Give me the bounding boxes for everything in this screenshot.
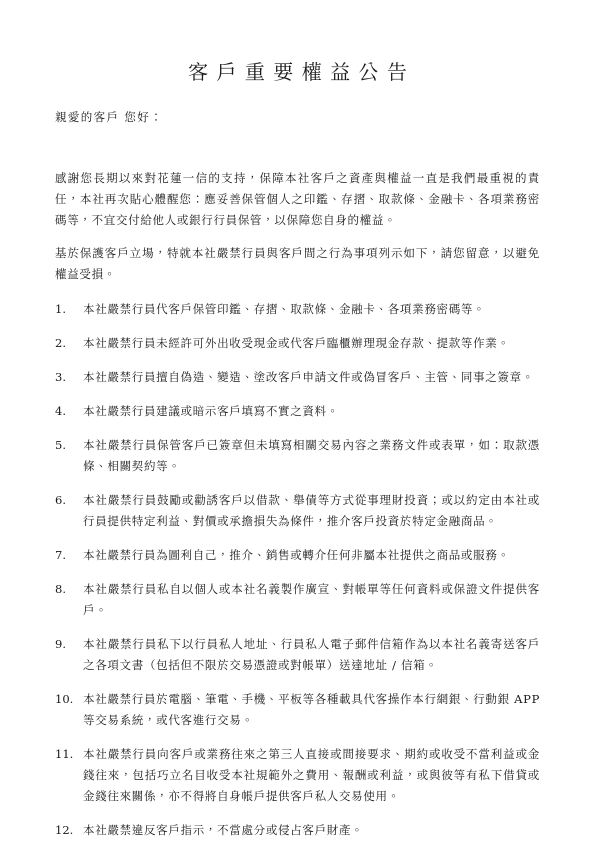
item-text: 本社嚴禁行員代客戶保管印鑑、存摺、取款條、金融卡、各項業務密碼等。 [83,299,540,320]
intro-paragraph: 感謝您長期以來對花蓮一信的支持，保障本社客戶之資產與權益一直是我們最重視的責任，… [55,168,540,231]
item-number: 8. [55,579,83,621]
list-item: 12. 本社嚴禁違反客戶指示，不當處分或侵占客戶財產。 [55,820,540,841]
list-item: 3. 本社嚴禁行員擅自偽造、變造、塗改客戶申請文件或偽冒客戶、主管、同事之簽章。 [55,367,540,388]
list-item: 4. 本社嚴禁行員建議或暗示客戶填寫不實之資料。 [55,401,540,422]
item-number: 7. [55,545,83,566]
item-number: 2. [55,333,83,354]
list-item: 1. 本社嚴禁行員代客戶保管印鑑、存摺、取款條、金融卡、各項業務密碼等。 [55,299,540,320]
item-text: 本社嚴禁行員於電腦、筆電、手機、平板等各種載具代客操作本行網銀、行動銀 APP … [83,689,540,731]
item-text: 本社嚴禁行員向客戶或業務往來之第三人直接或間接要求、期約或收受不當利益或金錢往來… [83,744,540,807]
item-number: 5. [55,435,83,477]
list-item: 2. 本社嚴禁行員未經許可外出收受現金或代客戶臨櫃辦理現金存款、提款等作業。 [55,333,540,354]
item-number: 3. [55,367,83,388]
prohibition-list: 1. 本社嚴禁行員代客戶保管印鑑、存摺、取款條、金融卡、各項業務密碼等。 2. … [55,299,540,841]
list-item: 8. 本社嚴禁行員私自以個人或本社名義製作廣宣、對帳單等任何資料或保證文件提供客… [55,579,540,621]
document-title: 客戶重要權益公告 [55,56,540,85]
list-item: 6. 本社嚴禁行員鼓勵或勸誘客戶以借款、舉債等方式從事理財投資；或以約定由本社或… [55,490,540,532]
item-text: 本社嚴禁行員為圖利自己，推介、銷售或轉介任何非屬本社提供之商品或服務。 [83,545,540,566]
item-text: 本社嚴禁行員鼓勵或勸誘客戶以借款、舉債等方式從事理財投資；或以約定由本社或行員提… [83,490,540,532]
greeting-line: 親愛的客戶 您好： [55,109,540,125]
item-number: 9. [55,634,83,676]
list-item: 11. 本社嚴禁行員向客戶或業務往來之第三人直接或間接要求、期約或收受不當利益或… [55,744,540,807]
item-number: 11. [55,744,83,807]
item-text: 本社嚴禁行員保管客戶已簽章但未填寫相關交易內容之業務文件或表單，如：取款憑條、相… [83,435,540,477]
item-number: 6. [55,490,83,532]
item-text: 本社嚴禁行員未經許可外出收受現金或代客戶臨櫃辦理現金存款、提款等作業。 [83,333,540,354]
item-number: 4. [55,401,83,422]
item-number: 12. [55,820,83,841]
item-text: 本社嚴禁違反客戶指示，不當處分或侵占客戶財產。 [83,820,540,841]
item-text: 本社嚴禁行員擅自偽造、變造、塗改客戶申請文件或偽冒客戶、主管、同事之簽章。 [83,367,540,388]
item-text: 本社嚴禁行員私自以個人或本社名義製作廣宣、對帳單等任何資料或保證文件提供客戶。 [83,579,540,621]
item-number: 10. [55,689,83,731]
list-item: 9. 本社嚴禁行員私下以行員私人地址、行員私人電子郵件信箱作為以本社名義寄送客戶… [55,634,540,676]
list-item: 7. 本社嚴禁行員為圖利自己，推介、銷售或轉介任何非屬本社提供之商品或服務。 [55,545,540,566]
list-item: 10. 本社嚴禁行員於電腦、筆電、手機、平板等各種載具代客操作本行網銀、行動銀 … [55,689,540,731]
list-item: 5. 本社嚴禁行員保管客戶已簽章但未填寫相關交易內容之業務文件或表單，如：取款憑… [55,435,540,477]
item-number: 1. [55,299,83,320]
document-page: 客戶重要權益公告 親愛的客戶 您好： 感謝您長期以來對花蓮一信的支持，保障本社客… [0,0,595,842]
item-text: 本社嚴禁行員建議或暗示客戶填寫不實之資料。 [83,401,540,422]
purpose-paragraph: 基於保護客戶立場，特就本社嚴禁行員與客戶間之行為事項列示如下，請您留意，以避免權… [55,243,540,285]
item-text: 本社嚴禁行員私下以行員私人地址、行員私人電子郵件信箱作為以本社名義寄送客戶之各項… [83,634,540,676]
